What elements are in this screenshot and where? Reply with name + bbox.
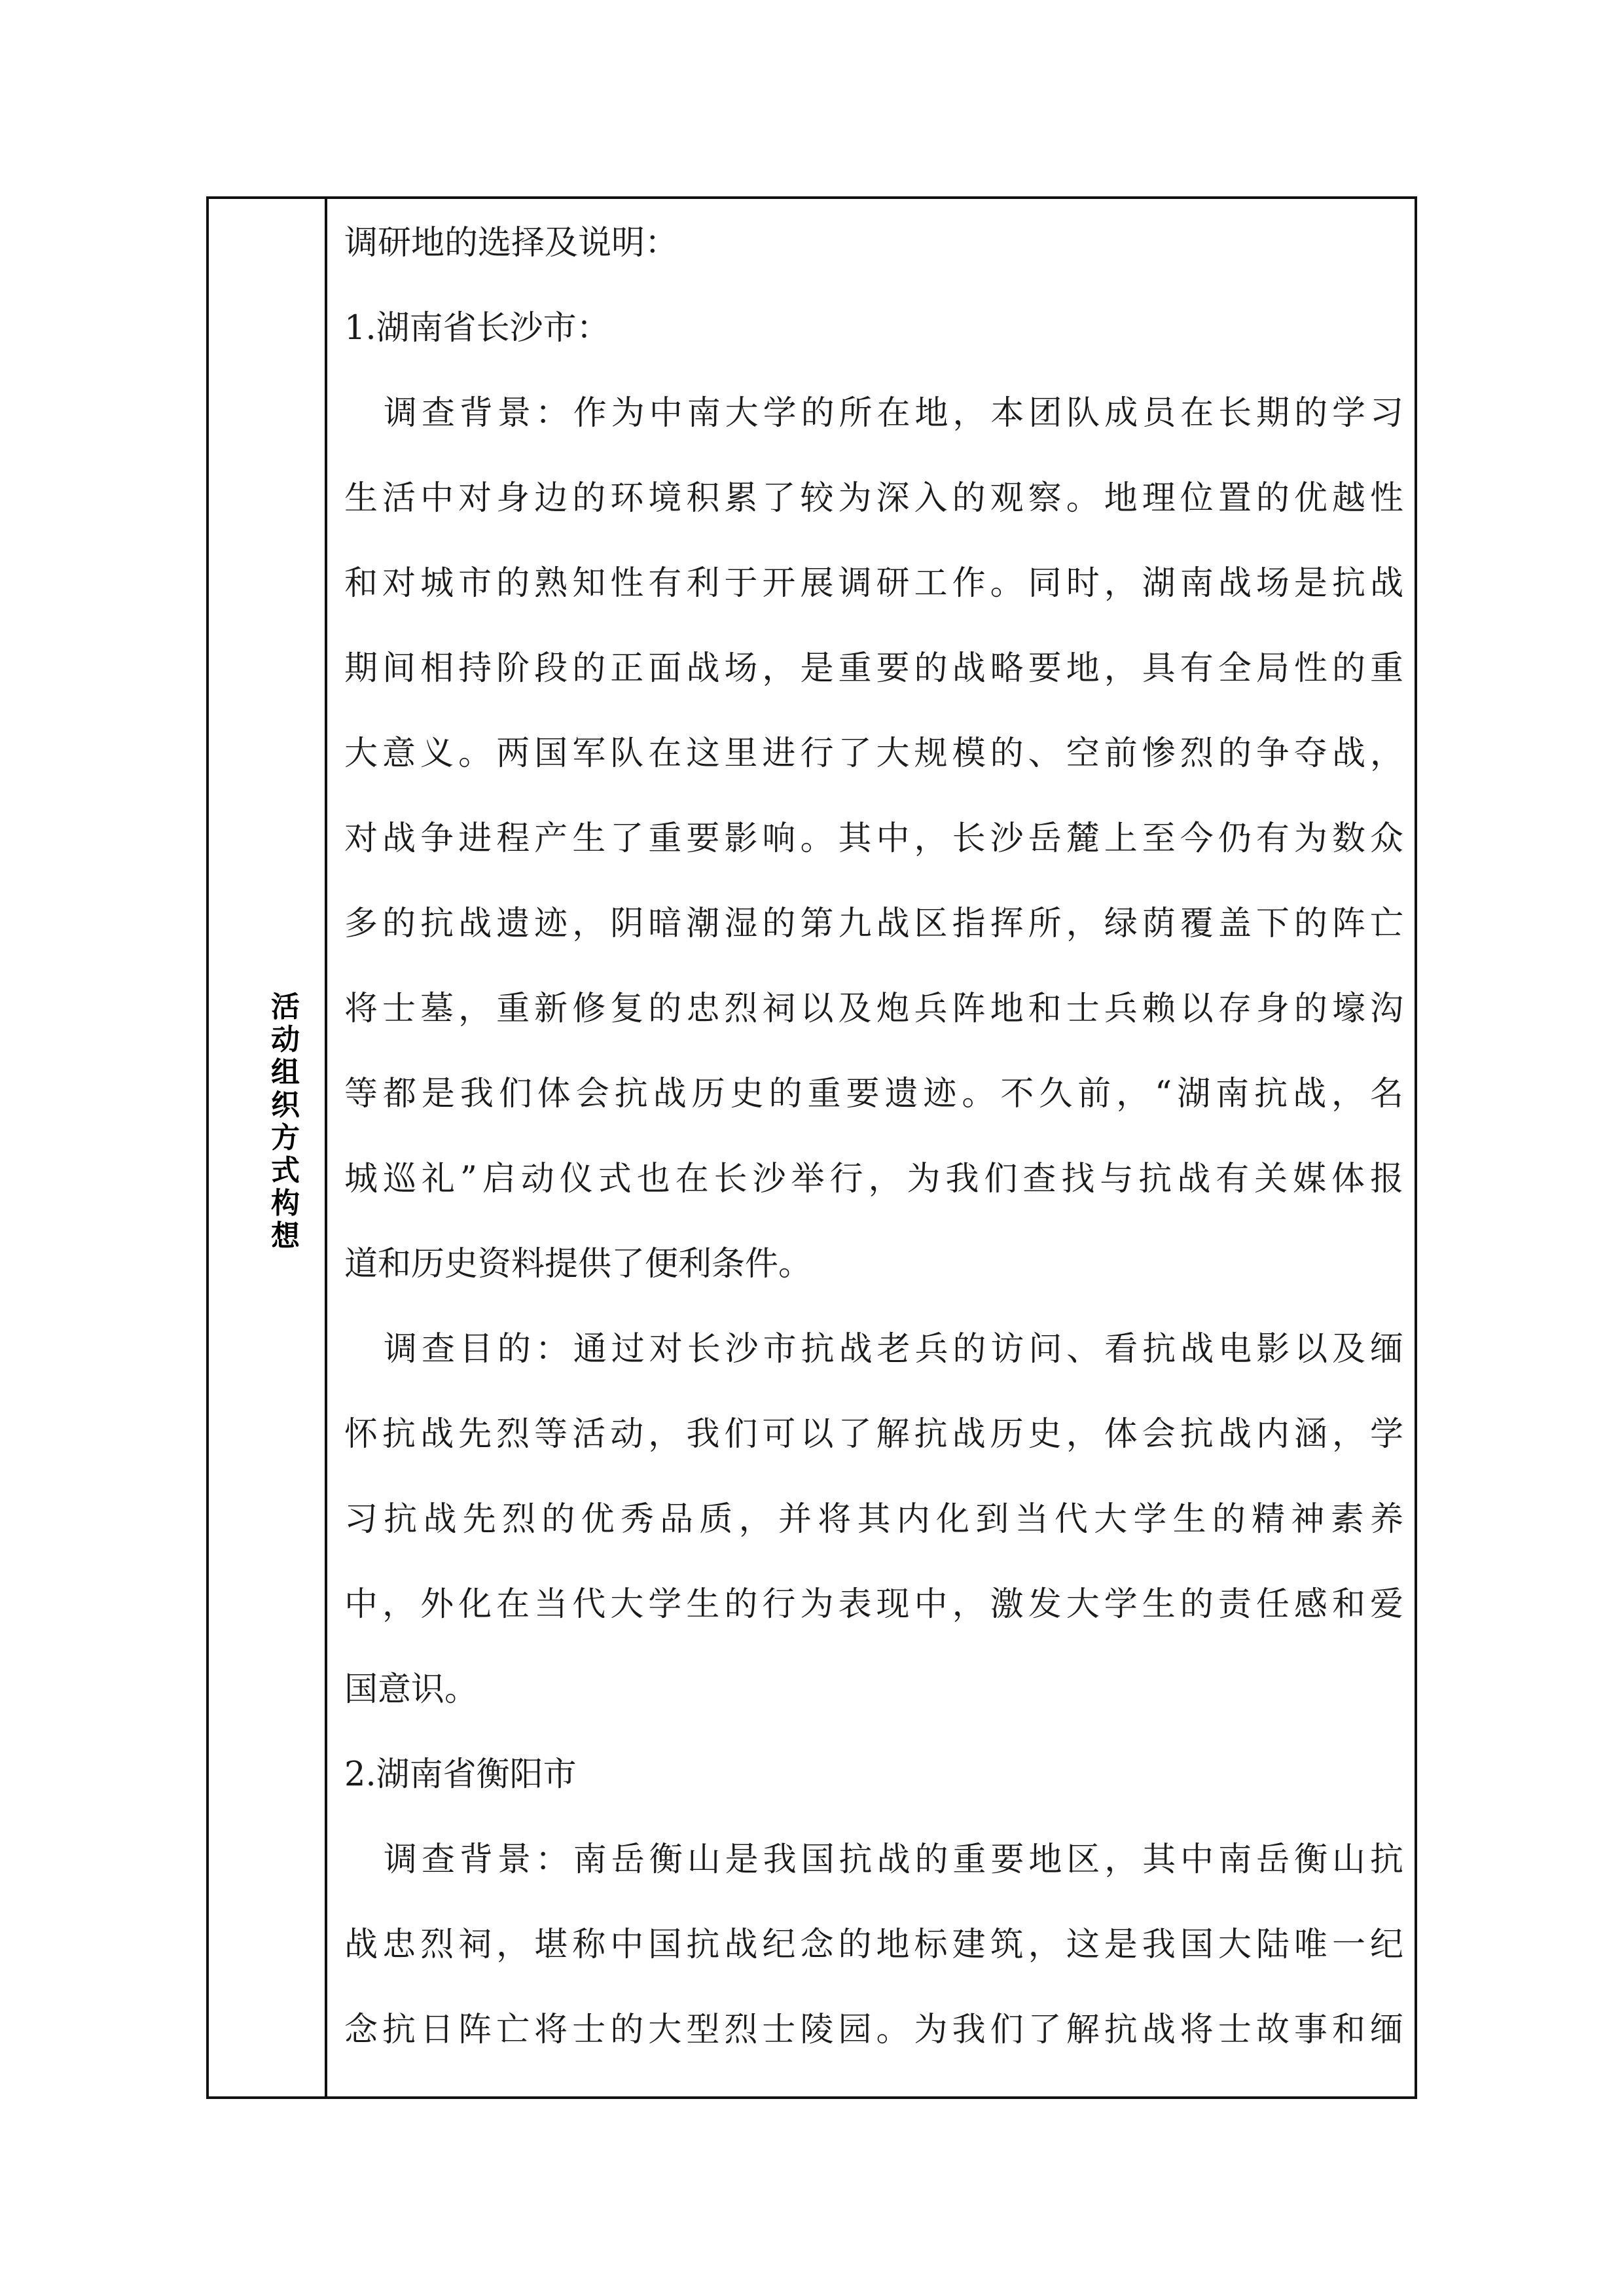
text-line: 调研地的选择及说明： [344,201,1403,286]
text-line: 战忠烈祠，堪称中国抗战纪念的地标建筑，这是我国大陆唯一纪 [344,1903,1403,1988]
text-line: 生活中对身边的环境积累了较为深入的观察。地理位置的优越性 [344,456,1403,541]
row-label-char: 想 [269,1220,302,1253]
text-line: 多的抗战遗迹，阴暗潮湿的第九战区指挥所，绿荫覆盖下的阵亡 [344,882,1403,967]
row-label-char: 组 [269,1056,302,1089]
row-label-char: 织 [269,1089,302,1122]
text-line: 期间相持阶段的正面战场，是重要的战略要地，具有全局性的重 [344,626,1403,711]
row-label-char: 构 [269,1187,302,1220]
text-line: 调查背景：作为中南大学的所在地，本团队成员在长期的学习 [344,371,1403,456]
row-label-char: 方 [269,1122,302,1155]
text-line: 调查背景：南岳衡山是我国抗战的重要地区，其中南岳衡山抗 [344,1818,1403,1903]
row-label-cell: 活动组织方式构想 [209,199,325,2096]
text-line: 念抗日阵亡将士的大型烈士陵园。为我们了解抗战将士故事和缅 [344,1988,1403,2073]
text-line: 对战争进程产生了重要影响。其中，长沙岳麓上至今仍有为数众 [344,797,1403,882]
text-line: 怀抗战先烈等活动，我们可以了解抗战历史，体会抗战内涵，学 [344,1392,1403,1477]
text-line: 中，外化在当代大学生的行为表现中，激发大学生的责任感和爱 [344,1562,1403,1647]
text-line: 2.湖南省衡阳市 [344,1732,1403,1818]
row-label-char: 式 [269,1155,302,1187]
text-line: 城巡礼”启动仪式也在长沙举行，为我们查找与抗战有关媒体报 [344,1137,1403,1222]
text-line: 国意识。 [344,1647,1403,1732]
text-line: 调查目的：通过对长沙市抗战老兵的访问、看抗战电影以及缅 [344,1307,1403,1392]
text-line: 等都是我们体会抗战历史的重要遗迹。不久前，“湖南抗战，名 [344,1052,1403,1137]
row-label-activity-organization: 活动组织方式构想 [269,991,302,1253]
text-line: 道和历史资料提供了便利条件。 [344,1222,1403,1307]
text-line: 习抗战先烈的优秀品质，并将其内化到当代大学生的精神素养 [344,1477,1403,1562]
row-label-char: 活 [269,991,302,1024]
content-cell: 调研地的选择及说明：1.湖南省长沙市：调查背景：作为中南大学的所在地，本团队成员… [327,199,1415,2096]
text-line: 1.湖南省长沙市： [344,286,1403,371]
activity-plan-table: 活动组织方式构想 调研地的选择及说明：1.湖南省长沙市：调查背景：作为中南大学的… [206,196,1417,2099]
text-line: 和对城市的熟知性有利于开展调研工作。同时，湖南战场是抗战 [344,541,1403,626]
row-label-char: 动 [269,1024,302,1056]
text-line: 大意义。两国军队在这里进行了大规模的、空前惨烈的争夺战， [344,711,1403,797]
text-line: 将士墓，重新修复的忠烈祠以及炮兵阵地和士兵赖以存身的壕沟 [344,967,1403,1052]
